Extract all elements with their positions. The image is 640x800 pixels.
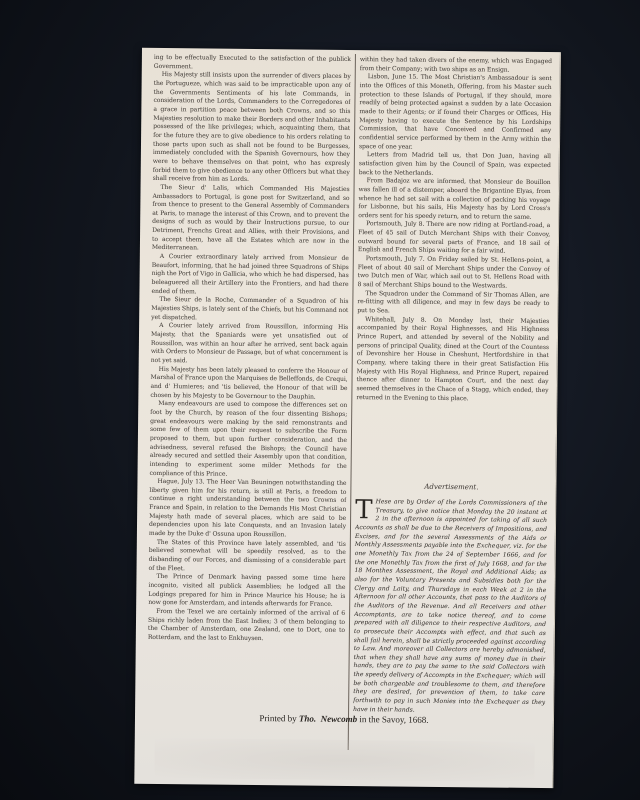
paragraph: The Sieur de la Roche, Commander of a Sq… (151, 296, 348, 324)
advertisement-text: Hese are by Order of the Lords Commissio… (353, 498, 547, 713)
imprint-year: 1668. (408, 715, 428, 725)
paragraph: Letters from Madrid tell us, that Don Ju… (359, 151, 551, 179)
paragraph: The States of this Province have lately … (149, 539, 346, 576)
paragraph: Lisbon, June 15. The Most Christian's Am… (359, 73, 552, 153)
paragraph: ing to be effectually Executed to the sa… (154, 54, 351, 73)
paragraph: Portsmouth, July 8. There are now riding… (358, 221, 550, 258)
advertisement-body: THese are by Order of the Lords Commissi… (353, 498, 548, 740)
drop-cap: T (355, 499, 373, 521)
paragraph: His Majesty has been lately pleased to c… (150, 366, 347, 403)
paragraph: A Courier lately arrived from Roussillon… (151, 322, 348, 367)
paragraph: His Majesty still insists upon the surre… (153, 71, 351, 186)
paragraph: The Prince of Denmark having passed some… (148, 573, 345, 610)
newspaper-page: ing to be effectually Executed to the sa… (134, 48, 561, 788)
left-column: ing to be effectually Executed to the sa… (147, 54, 351, 742)
paragraph: Many endeavours are used to compose the … (150, 400, 348, 480)
advertisement-heading: Advertisement. (355, 482, 547, 492)
imprint-printer-abbrev: Tho. (299, 713, 316, 723)
paragraph: Whitehall, July 8. On Monday last, their… (356, 316, 549, 405)
imprint-printer-name: Newcomb (321, 714, 358, 724)
imprint-prefix: Printed by (259, 713, 296, 723)
paragraph: The Squadron under the Command of Sir Th… (357, 290, 549, 318)
paragraph: A Courier extraordinary lately arrived f… (151, 253, 348, 298)
paragraph: The Sieur d' Lalis, which Commanded His … (152, 184, 350, 255)
paper-stain (154, 738, 534, 782)
paragraph: Hague, July 13. The Heer Van Beuningen n… (149, 478, 347, 541)
paragraph: From the Texel we are certainly informed… (148, 608, 345, 645)
imprint-location: in the Savoy, (359, 714, 406, 724)
paragraph: From Badajoz we are informed, that Monsi… (358, 177, 550, 222)
paragraph: Portsmouth, July 7. On Friday sailed by … (357, 255, 549, 292)
paragraph: within they had taken divers of the enem… (360, 56, 552, 75)
right-column: within they had taken divers of the enem… (356, 56, 552, 458)
